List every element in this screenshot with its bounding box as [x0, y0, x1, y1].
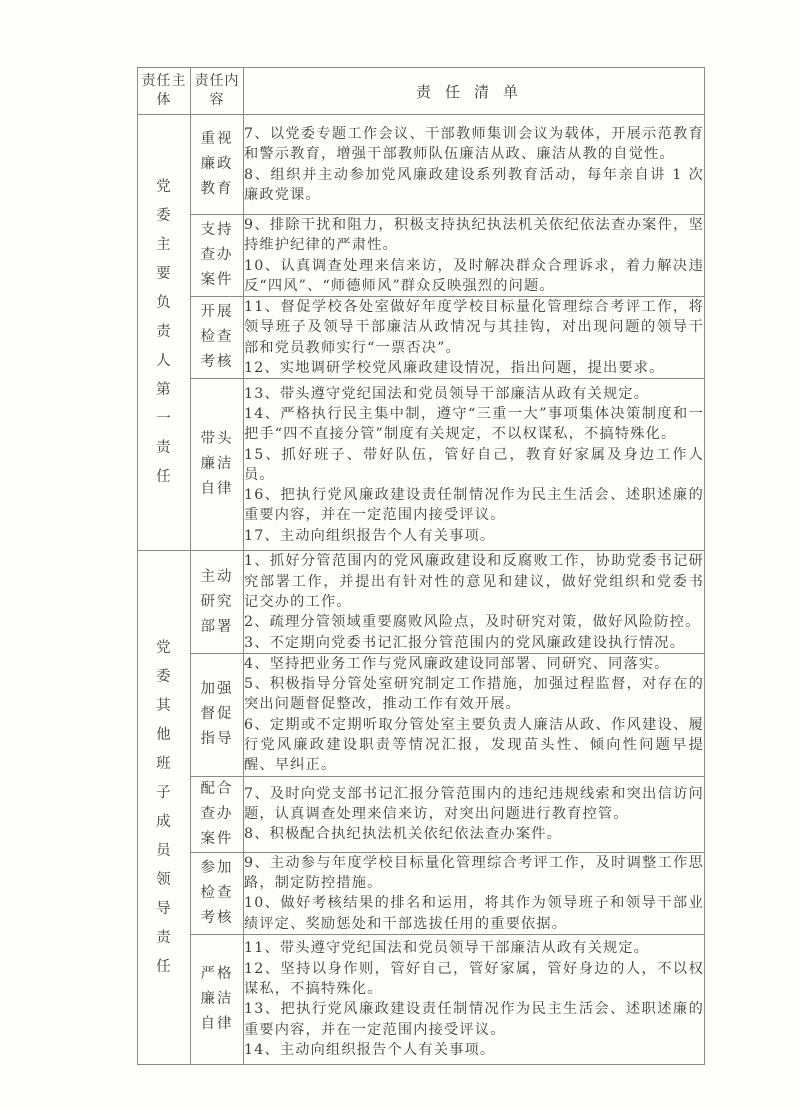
content-label: 严格廉洁自律 [200, 962, 234, 1037]
list-item: 11、带头遵守党纪国法和党员领导干部廉洁从政有关规定。 [244, 938, 704, 958]
header-content: 责任内容 [191, 68, 244, 115]
items-cell: 7、以党委专题工作会议、干部教师集训会议为载体，开展示范教育和警示教育，增强干部… [244, 115, 705, 215]
content-cell: 严格廉洁自律 [191, 934, 244, 1064]
list-item: 14、严格执行民主集中制，遵守“三重一大”事项集体决策制度和一把手“四不直接分管… [244, 404, 704, 445]
list-item: 10、认真调查处理来信来访，及时解决群众合理诉求，着力解决违反“四风”、“师德师… [244, 256, 704, 297]
list-item: 15、抓好班子、带好队伍，管好自己，教育好家属及身边工作人员。 [244, 445, 704, 486]
list-item: 12、实地调研学校党风廉政建设情况，指出问题，提出要求。 [244, 358, 704, 378]
subject-cell: 党委其他班子成员领导责任 [138, 551, 191, 1064]
list-item: 3、不定期向党委书记汇报分管范围内的党风廉政建设执行情况。 [244, 633, 704, 653]
items-cell: 7、及时向党支部书记汇报分管范围内的违纪违规线索和突出信访问题，认真调查处理来信… [244, 776, 705, 852]
items-cell: 9、排除干扰和阻力，积极支持执纪执法机关依纪依法查办案件，坚持维护纪律的严肃性。… [244, 215, 705, 297]
table-row: 党委其他班子成员领导责任 主动研究部署 1、抓好分管范围内的党风廉政建设和反腐败… [138, 551, 705, 653]
items-cell: 9、主动参与年度学校目标量化管理综合考评工作，及时调整工作思路，制定防控措施。 … [244, 852, 705, 934]
subject-cell: 党委主要负责人第一责任 [138, 115, 191, 551]
table-header-row: 责任主体 责任内容 责任清单 [138, 68, 705, 115]
list-item: 14、主动向组织报告个人有关事项。 [244, 1040, 704, 1060]
list-item: 5、积极指导分管处室研究制定工作措施，加强过程监督，对存在的突出问题督促整改，推… [244, 674, 704, 715]
list-item: 7、以党委专题工作会议、干部教师集训会议为载体，开展示范教育和警示教育，增强干部… [244, 124, 704, 165]
items-cell: 1、抓好分管范围内的党风廉政建设和反腐败工作，协助党委书记研究部署工作，并提出有… [244, 551, 705, 653]
content-cell: 参加检查考核 [191, 852, 244, 934]
content-label: 配合查办案件 [200, 777, 234, 852]
table-row: 严格廉洁自律 11、带头遵守党纪国法和党员领导干部廉洁从政有关规定。 12、坚持… [138, 934, 705, 1064]
list-item: 2、疏理分管领域重要腐败风险点，及时研究对策，做好风险防控。 [244, 612, 704, 632]
table-row: 配合查办案件 7、及时向党支部书记汇报分管范围内的违纪违规线索和突出信访问题，认… [138, 776, 705, 852]
content-label: 重视廉政教育 [200, 127, 234, 202]
list-item: 17、主动向组织报告个人有关事项。 [244, 526, 704, 546]
table-row: 支持查办案件 9、排除干扰和阻力，积极支持执纪执法机关依纪依法查办案件，坚持维护… [138, 215, 705, 297]
content-cell: 加强督促指导 [191, 653, 244, 776]
table-row: 加强督促指导 4、坚持把业务工作与党风廉政建设同部署、同研究、同落实。 5、积极… [138, 653, 705, 776]
list-item: 6、定期或不定期听取分管处室主要负责人廉洁从政、作风建设、履行党风廉政建设职责等… [244, 715, 704, 776]
items-cell: 4、坚持把业务工作与党风廉政建设同部署、同研究、同落实。 5、积极指导分管处室研… [244, 653, 705, 776]
list-item: 13、带头遵守党纪国法和党员领导干部廉洁从政有关规定。 [244, 384, 704, 404]
content-cell: 配合查办案件 [191, 776, 244, 852]
table-row: 参加检查考核 9、主动参与年度学校目标量化管理综合考评工作，及时调整工作思路，制… [138, 852, 705, 934]
content-cell: 重视廉政教育 [191, 115, 244, 215]
content-cell: 带头廉洁自律 [191, 379, 244, 551]
list-item: 16、把执行党风廉政建设责任制情况作为民主生活会、述职述廉的重要内容，并在一定范… [244, 485, 704, 526]
list-item: 7、及时向党支部书记汇报分管范围内的违纪违规线索和突出信访问题，认真调查处理来信… [244, 784, 704, 825]
subject-label: 党委主要负责人第一责任 [156, 173, 172, 492]
responsibility-table: 责任主体 责任内容 责任清单 党委主要负责人第一责任 重视廉政教育 7、以党委专… [137, 67, 705, 1065]
list-item: 12、坚持以身作则，管好自己，管好家属，管好身边的人，不以权谋私，不搞特殊化。 [244, 959, 704, 1000]
list-item: 11、督促学校各处室做好年度学校目标量化管理综合考评工作，将领导班子及领导干部廉… [244, 297, 704, 358]
list-item: 13、把执行党风廉政建设责任制情况作为民主生活会、述职述廉的重要内容，并在一定范… [244, 999, 704, 1040]
list-item: 8、积极配合执纪执法机关依纪依法查办案件。 [244, 824, 704, 844]
content-label: 支持查办案件 [200, 218, 234, 293]
list-item: 9、排除干扰和阻力，积极支持执纪执法机关依纪依法查办案件，坚持维护纪律的严肃性。 [244, 215, 704, 256]
list-item: 1、抓好分管范围内的党风廉政建设和反腐败工作，协助党委书记研究部署工作，并提出有… [244, 551, 704, 612]
items-cell: 13、带头遵守党纪国法和党员领导干部廉洁从政有关规定。 14、严格执行民主集中制… [244, 379, 705, 551]
list-item: 8、组织并主动参加党风廉政建设系列教育活动，每年亲自讲 1 次廉政党课。 [244, 165, 704, 206]
table-row: 党委主要负责人第一责任 重视廉政教育 7、以党委专题工作会议、干部教师集训会议为… [138, 115, 705, 215]
content-label: 主动研究部署 [200, 565, 234, 640]
header-subject: 责任主体 [138, 68, 191, 115]
content-label: 加强督促指导 [200, 677, 234, 752]
content-cell: 主动研究部署 [191, 551, 244, 653]
content-label: 开展检查考核 [200, 300, 234, 375]
subject-label: 党委其他班子成员领导责任 [156, 634, 172, 982]
content-cell: 开展检查考核 [191, 297, 244, 379]
list-item: 10、做好考核结果的排名和运用，将其作为领导班子和领导干部业绩评定、奖励惩处和干… [244, 893, 704, 934]
content-label: 带头廉洁自律 [200, 427, 234, 502]
table-row: 带头廉洁自律 13、带头遵守党纪国法和党员领导干部廉洁从政有关规定。 14、严格… [138, 379, 705, 551]
list-item: 4、坚持把业务工作与党风廉政建设同部署、同研究、同落实。 [244, 654, 704, 674]
content-label: 参加检查考核 [200, 856, 234, 931]
list-item: 9、主动参与年度学校目标量化管理综合考评工作，及时调整工作思路，制定防控措施。 [244, 853, 704, 894]
table-row: 开展检查考核 11、督促学校各处室做好年度学校目标量化管理综合考评工作，将领导班… [138, 297, 705, 379]
items-cell: 11、督促学校各处室做好年度学校目标量化管理综合考评工作，将领导班子及领导干部廉… [244, 297, 705, 379]
items-cell: 11、带头遵守党纪国法和党员领导干部廉洁从政有关规定。 12、坚持以身作则，管好… [244, 934, 705, 1064]
header-list: 责任清单 [244, 68, 705, 115]
content-cell: 支持查办案件 [191, 215, 244, 297]
